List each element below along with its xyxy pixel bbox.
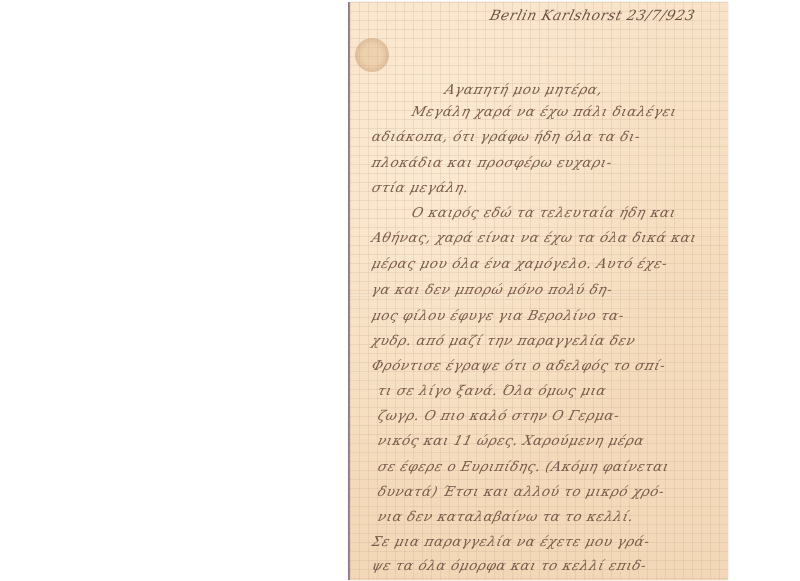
letter-line: ζωγρ. Ο πιο καλό στην Ο Γερμα- <box>376 408 621 424</box>
letter-page: Berlin Karlshorst 23/7/923 Αγαπητή μου μ… <box>349 2 728 580</box>
letter-line: Σε μια παραγγελία να έχετε μου γρά- <box>370 534 652 550</box>
letter-line: Ο καιρός εδώ τα τελευταία ήδη και <box>410 205 678 221</box>
letter-line: γα και δεν μπορώ μόνο πολύ δη- <box>370 282 614 298</box>
letter-salutation: Αγαπητή μου μητέρα, <box>443 82 604 98</box>
letter-line: αδιάκοπα, ότι γράφω ήδη όλα τα δι- <box>370 129 642 145</box>
letter-place-date: Berlin Karlshorst 23/7/923 <box>488 8 697 24</box>
letter-line: νικός και 11 ώρες. Χαρούμενη μέρα <box>376 433 646 449</box>
letter-line: δυνατά) Έτσι και αλλού το μικρό χρό- <box>376 484 666 500</box>
letter-line: νια δεν καταλαβαίνω τα το κελλί. <box>376 509 635 525</box>
letter-line: Φρόντισε έγραψε ότι ο αδελφός το σπί- <box>370 358 667 374</box>
letter-line: μος φίλου έφυγε για Βερολίνο τα- <box>370 308 626 324</box>
letter-line: Μεγάλη χαρά να έχω πάλι διαλέγει <box>410 104 678 120</box>
stain-mark <box>355 38 389 72</box>
letter-line: τι σε λίγο ξανά. Όλα όμως μια <box>376 383 608 399</box>
letter-line: μέρας μου όλα ένα χαμόγελο. Αυτό έχε- <box>370 256 669 272</box>
letter-line: ψε τα όλα όμορφα και το κελλί επιδ- <box>370 558 648 574</box>
letter-line: Αθήνας, χαρά είναι να έχω τα όλα δικά κα… <box>370 230 698 246</box>
letter-line: χυδρ. από μαζί την παραγγελία δεν <box>370 333 637 349</box>
letter-line: σε έφερε ο Ευριπίδης. (Ακόμη φαίνεται <box>376 459 671 475</box>
scan-background: Berlin Karlshorst 23/7/923 Αγαπητή μου μ… <box>0 0 800 581</box>
letter-line: στία μεγάλη. <box>370 180 471 196</box>
letter-line: πλοκάδια και προσφέρω ευχαρι- <box>370 155 614 171</box>
